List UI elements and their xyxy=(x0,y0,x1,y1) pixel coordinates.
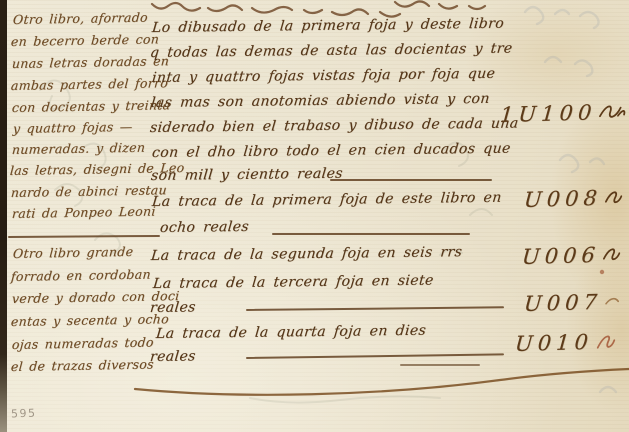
main-text-line: q todas las demas de asta las docientas … xyxy=(149,41,513,61)
amount-value: U007 xyxy=(523,290,603,316)
margin-note-line: ojas numeradas todo xyxy=(11,335,154,352)
amount-value: U006 xyxy=(521,243,601,269)
reales-flourish-icon xyxy=(603,293,620,309)
margin-note-line: con docientas y treinta xyxy=(11,97,171,115)
scan-edge xyxy=(0,0,7,432)
main-text-line: con el dho libro todo el en cien ducados… xyxy=(151,141,511,161)
bleed-through-artifacts xyxy=(0,0,629,432)
main-text-line: reales xyxy=(149,299,196,316)
manuscript-page: Otro libro, aforrado en becerro berde co… xyxy=(0,0,629,432)
amount-rule xyxy=(246,353,504,359)
margin-note-line: unas letras doradas en xyxy=(11,53,169,71)
main-text-line: inta y quattro fojas vistas foja por foj… xyxy=(151,66,496,86)
main-text-line: La traca de la tercera foja en siete xyxy=(152,273,434,292)
ink-speck xyxy=(600,270,604,274)
margin-note-line: nardo de abinci restau xyxy=(10,182,167,200)
margin-note-line: las letras, disegni de Leo xyxy=(9,160,185,178)
margin-note-line: verde y dorado con doci xyxy=(11,288,180,306)
cropped-text-line xyxy=(152,1,485,16)
reales-flourish-icon xyxy=(603,187,623,207)
main-text-line: las mas son anotomias abiendo vista y co… xyxy=(150,91,490,111)
margin-note-line: en becerro berde con xyxy=(10,31,159,49)
main-text-line: reales xyxy=(149,348,196,365)
main-text-line: La traca de la segunda foja en seis rrs xyxy=(150,244,463,264)
amount-value: U010 xyxy=(514,330,594,356)
pencil-folio-number: 595 xyxy=(11,407,37,421)
margin-note-line: rati da Ponpeo Leoni xyxy=(11,203,156,221)
main-text-line: Lo dibusado de la primera foja y deste l… xyxy=(151,16,505,36)
reales-flourish-icon xyxy=(601,244,621,264)
amount-figure: U010 xyxy=(514,329,616,356)
margin-note-line: el de trazas diversos xyxy=(10,357,154,374)
amount-value: 1U100 xyxy=(499,100,597,127)
amount-figure: U006 xyxy=(521,242,621,269)
closing-flourish xyxy=(135,369,629,395)
margin-divider-rule xyxy=(8,235,160,238)
margin-note-line: y quattro fojas — xyxy=(12,119,133,136)
margin-note-line: entas y secenta y ocho xyxy=(10,311,169,329)
reales-flourish-icon xyxy=(598,101,628,122)
main-text-line: La traca de la quarta foja en dies xyxy=(155,323,427,342)
margin-note-line: Otro libro grande xyxy=(12,244,133,261)
amount-rule xyxy=(246,306,504,311)
amount-figure: U008 xyxy=(523,185,623,212)
margin-note-line: Otro libro, aforrado xyxy=(12,10,148,27)
amount-figure: U007 xyxy=(523,289,621,316)
main-text-line: ocho reales xyxy=(159,219,249,236)
margin-note-line: ambas partes del forro xyxy=(10,75,168,93)
amount-rule xyxy=(330,179,492,181)
amount-value: U008 xyxy=(523,186,603,212)
margin-note-line: numeradas. y dizen xyxy=(11,140,145,157)
main-text-line: La traca de la primera foja de este libr… xyxy=(151,190,502,210)
amount-figure: 1U100 xyxy=(499,99,627,127)
amount-rule xyxy=(400,364,480,366)
main-text-line: son mill y cientto reales xyxy=(150,166,343,184)
main-text-line: siderado bien el trabaso y dibuso de cad… xyxy=(149,116,519,136)
amount-rule xyxy=(272,233,470,235)
margin-note-line: forrado en cordoban xyxy=(10,267,151,284)
reales-flourish-icon xyxy=(594,329,616,354)
